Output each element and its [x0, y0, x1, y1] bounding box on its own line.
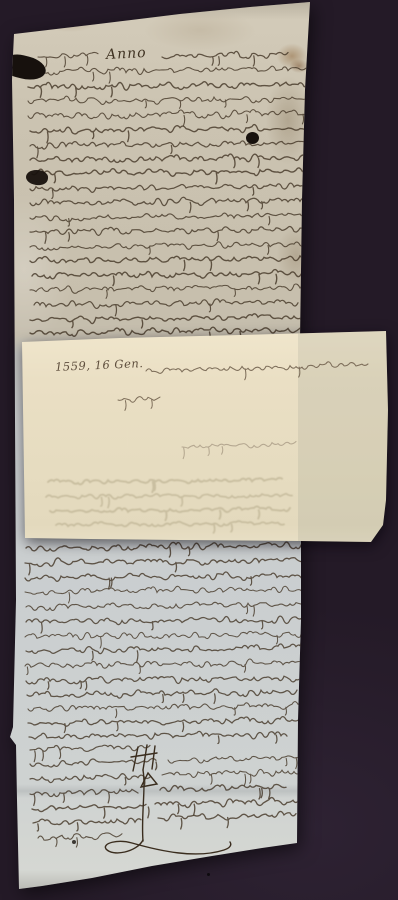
manuscript-sheet: Anno: [0, 0, 398, 900]
slip-fold-band: [298, 331, 390, 543]
handwriting-ink-layer: [0, 0, 398, 900]
ink-blot-left-edge: [2, 51, 48, 83]
archival-date-note: 1559, 16 Gen.: [55, 356, 144, 374]
legible-word-anno: Anno: [106, 45, 147, 63]
manuscript-photo: Anno 1559, 16 Gen.: [0, 0, 398, 900]
ink-speck: [72, 840, 76, 844]
pencil-annotation-layer: [0, 0, 398, 900]
notary-sign-icon: [0, 0, 398, 900]
archival-slip: 1559, 16 Gen.: [0, 0, 398, 900]
ink-blot-dot: [246, 132, 259, 144]
showthrough-text-layer: [0, 0, 398, 900]
ink-blot-left-small: [25, 169, 49, 187]
overlay-sheet-shadow-wrap: 1559, 16 Gen.: [0, 0, 398, 900]
background-speck: [207, 873, 210, 876]
paper-crease: [16, 784, 300, 798]
base-sheet-shadow-wrap: Anno: [0, 0, 398, 900]
